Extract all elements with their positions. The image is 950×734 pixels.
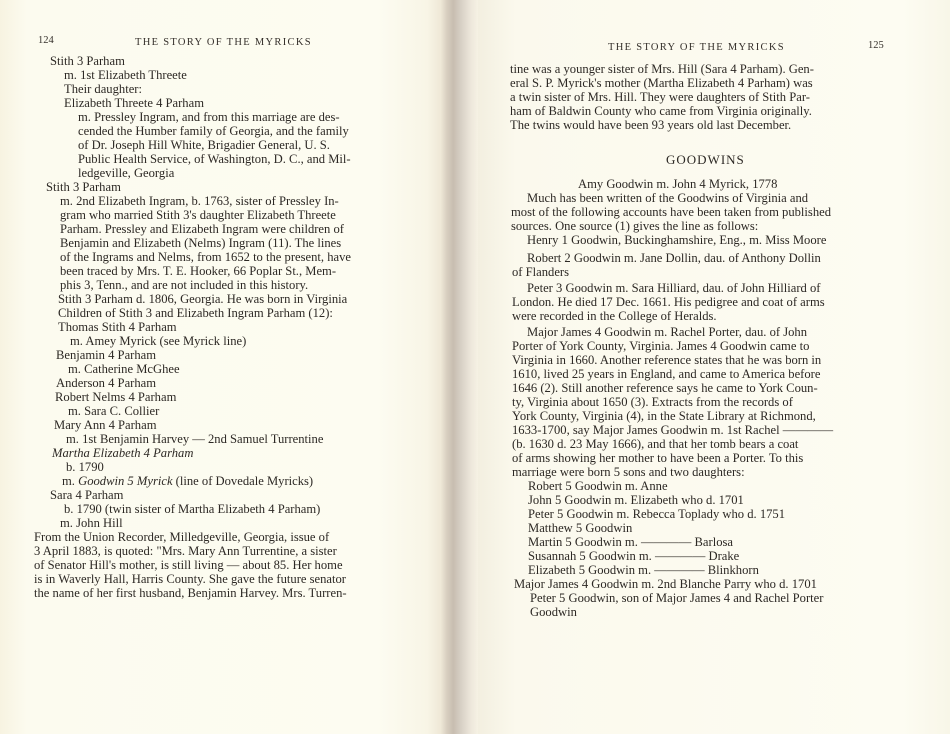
text-line: Martha Elizabeth 4 Parham: [52, 446, 193, 460]
text-line-content: Virginia in 1660. Another reference stat…: [512, 353, 821, 367]
text-line: Benjamin and Elizabeth (Nelms) Ingram (1…: [60, 236, 341, 250]
text-line-content: Porter of York County, Virginia. James 4…: [512, 339, 809, 353]
text-line: Much has been written of the Goodwins of…: [527, 191, 808, 205]
text-line: York County, Virginia (4), in the State …: [512, 409, 816, 423]
text-line-content: of arms showing her mother to have been …: [512, 451, 803, 465]
text-line-content: Elizabeth 5 Goodwin m. ———— Blinkhorn: [528, 563, 759, 577]
text-line: m. Goodwin 5 Myrick (line of Dovedale My…: [62, 474, 313, 488]
text-line: m. Catherine McGhee: [68, 362, 180, 376]
text-line-content: m. Catherine McGhee: [68, 362, 180, 376]
text-line: Parham. Pressley and Elizabeth Ingram we…: [60, 222, 344, 236]
text-line: of Dr. Joseph Hill White, Brigadier Gene…: [78, 138, 330, 152]
text-line: Peter 5 Goodwin m. Rebecca Toplady who d…: [528, 507, 785, 521]
text-line-content: Robert 2 Goodwin m. Jane Dollin, dau. of…: [527, 251, 821, 265]
text-line: Peter 3 Goodwin m. Sara Hilliard, dau. o…: [527, 281, 820, 295]
text-line: Goodwin: [530, 605, 577, 619]
text-line-content: Peter 5 Goodwin m. Rebecca Toplady who d…: [528, 507, 785, 521]
text-line: 1646 (2). Still another reference says h…: [512, 381, 818, 395]
italic-name: Goodwin 5 Myrick: [78, 474, 172, 488]
text-line-content: most of the following accounts have been…: [511, 205, 831, 219]
text-line-content: Mary Ann 4 Parham: [54, 418, 156, 432]
text-line-content: of Flanders: [512, 265, 569, 279]
text-line: John 5 Goodwin m. Elizabeth who d. 1701: [528, 493, 744, 507]
text-line: m. Pressley Ingram, and from this marria…: [78, 110, 340, 124]
text-line: Major James 4 Goodwin m. Rachel Porter, …: [527, 325, 807, 339]
text-line: ham of Baldwin County who came from Virg…: [510, 104, 812, 118]
text-line-content: m. John Hill: [60, 516, 123, 530]
text-line: is in Waverly Hall, Harris County. She g…: [34, 572, 346, 586]
text-line: m. 2nd Elizabeth Ingram, b. 1763, sister…: [60, 194, 339, 208]
text-line-content: Public Health Service, of Washington, D.…: [78, 152, 351, 166]
text-line: Porter of York County, Virginia. James 4…: [512, 339, 809, 353]
text-line: Anderson 4 Parham: [56, 376, 156, 390]
text-line: Susannah 5 Goodwin m. ———— Drake: [528, 549, 739, 563]
text-line-content: b. 1790 (twin sister of Martha Elizabeth…: [64, 502, 320, 516]
text-line: Their daughter:: [64, 82, 142, 96]
text-line: Matthew 5 Goodwin: [528, 521, 632, 535]
text-line: Robert 5 Goodwin m. Anne: [528, 479, 668, 493]
text-line-content: Anderson 4 Parham: [56, 376, 156, 390]
text-line: were recorded in the College of Heralds.: [512, 309, 717, 323]
text-line-content: m. Sara C. Collier: [68, 404, 159, 418]
book-spread: 124 THE STORY OF THE MYRICKS Stith 3 Par…: [0, 0, 950, 734]
text-line-content: John 5 Goodwin m. Elizabeth who d. 1701: [528, 493, 744, 507]
text-line-suffix: (line of Dovedale Myricks): [173, 474, 314, 488]
text-line-content: 3 April 1883, is quoted: "Mrs. Mary Ann …: [34, 544, 337, 558]
text-line-content: ledgeville, Georgia: [78, 166, 174, 180]
text-line: m. Sara C. Collier: [68, 404, 159, 418]
text-line: m. 1st Benjamin Harvey — 2nd Samuel Turr…: [66, 432, 323, 446]
text-line: of Senator Hill's mother, is still livin…: [34, 558, 343, 572]
text-line-content: m. 1st Benjamin Harvey — 2nd Samuel Turr…: [66, 432, 323, 446]
text-line: phis 3, Tenn., and are not included in t…: [60, 278, 308, 292]
text-line: 1610, lived 25 years in England, and cam…: [512, 367, 820, 381]
section-title-goodwins: GOODWINS: [666, 152, 745, 168]
text-line-content: Major James 4 Goodwin m. 2nd Blanche Par…: [514, 577, 817, 591]
text-line: been traced by Mrs. T. E. Hooker, 66 Pop…: [60, 264, 336, 278]
text-line-content: Amy Goodwin m. John 4 Myrick, 1778: [578, 177, 777, 191]
text-line: gram who married Stith 3's daughter Eliz…: [60, 208, 336, 222]
text-line-content: Peter 3 Goodwin m. Sara Hilliard, dau. o…: [527, 281, 820, 295]
text-line-content: m. Amey Myrick (see Myrick line): [70, 334, 246, 348]
text-line: From the Union Recorder, Milledgeville, …: [34, 530, 329, 544]
text-line-content: Benjamin and Elizabeth (Nelms) Ingram (1…: [60, 236, 341, 250]
text-line: Amy Goodwin m. John 4 Myrick, 1778: [578, 177, 777, 191]
page-number-left: 124: [38, 35, 54, 46]
text-line: ledgeville, Georgia: [78, 166, 174, 180]
text-line-content: Matthew 5 Goodwin: [528, 521, 632, 535]
text-line-content: ty, Virginia about 1650 (3). Extracts fr…: [512, 395, 793, 409]
text-line-content: of the Ingrams and Nelms, from 1652 to t…: [60, 250, 351, 264]
text-line: most of the following accounts have been…: [511, 205, 831, 219]
text-line-content: Goodwin: [530, 605, 577, 619]
text-line-content: Elizabeth Threete 4 Parham: [64, 96, 204, 110]
text-line-content: From the Union Recorder, Milledgeville, …: [34, 530, 329, 544]
text-line-content: Much has been written of the Goodwins of…: [527, 191, 808, 205]
text-line-content: 1610, lived 25 years in England, and cam…: [512, 367, 820, 381]
text-line-content: m.: [62, 474, 78, 488]
text-line-content: marriage were born 5 sons and two daught…: [512, 465, 745, 479]
text-line: 3 April 1883, is quoted: "Mrs. Mary Ann …: [34, 544, 337, 558]
text-line: Martin 5 Goodwin m. ———— Barlosa: [528, 535, 733, 549]
text-line-content: were recorded in the College of Heralds.: [512, 309, 717, 323]
text-line: m. 1st Elizabeth Threete: [64, 68, 187, 82]
running-head-right: THE STORY OF THE MYRICKS: [608, 42, 785, 53]
text-line: Public Health Service, of Washington, D.…: [78, 152, 351, 166]
text-line-content: Robert 5 Goodwin m. Anne: [528, 479, 668, 493]
text-line: sources. One source (1) gives the line a…: [511, 219, 758, 233]
text-line-content: Sara 4 Parham: [50, 488, 123, 502]
text-line: marriage were born 5 sons and two daught…: [512, 465, 745, 479]
text-line: Elizabeth Threete 4 Parham: [64, 96, 204, 110]
text-line: Henry 1 Goodwin, Buckinghamshire, Eng., …: [527, 233, 826, 247]
text-line-content: 1633-1700, say Major James Goodwin m. 1s…: [512, 423, 833, 437]
page-number-right: 125: [868, 40, 884, 51]
text-line: b. 1790 (twin sister of Martha Elizabeth…: [64, 502, 320, 516]
text-line-content: Stith 3 Parham: [50, 54, 125, 68]
text-line: Virginia in 1660. Another reference stat…: [512, 353, 821, 367]
text-line: of the Ingrams and Nelms, from 1652 to t…: [60, 250, 351, 264]
text-line-content: m. 1st Elizabeth Threete: [64, 68, 187, 82]
text-line: tine was a younger sister of Mrs. Hill (…: [510, 62, 814, 76]
text-line-content: gram who married Stith 3's daughter Eliz…: [60, 208, 336, 222]
text-line-content: Children of Stith 3 and Elizabeth Ingram…: [58, 306, 333, 320]
text-line-content: Stith 3 Parham: [46, 180, 121, 194]
text-line-content: Martin 5 Goodwin m. ———— Barlosa: [528, 535, 733, 549]
text-line: Mary Ann 4 Parham: [54, 418, 156, 432]
text-line: m. John Hill: [60, 516, 123, 530]
text-line-content: sources. One source (1) gives the line a…: [511, 219, 758, 233]
text-line-content: Susannah 5 Goodwin m. ———— Drake: [528, 549, 739, 563]
text-line: ty, Virginia about 1650 (3). Extracts fr…: [512, 395, 793, 409]
text-line: the name of her first husband, Benjamin …: [34, 586, 347, 600]
text-line: of arms showing her mother to have been …: [512, 451, 803, 465]
text-line-content: of Dr. Joseph Hill White, Brigadier Gene…: [78, 138, 330, 152]
text-line: cended the Humber family of Georgia, and…: [78, 124, 349, 138]
left-page: 124 THE STORY OF THE MYRICKS Stith 3 Par…: [0, 0, 445, 734]
text-line-content: phis 3, Tenn., and are not included in t…: [60, 278, 308, 292]
text-line-content: of Senator Hill's mother, is still livin…: [34, 558, 343, 572]
book-gutter: [440, 0, 478, 734]
right-page: THE STORY OF THE MYRICKS 125 GOODWINS ti…: [478, 0, 950, 734]
text-line: Stith 3 Parham: [46, 180, 121, 194]
text-line: Peter 5 Goodwin, son of Major James 4 an…: [530, 591, 823, 605]
text-line-content: cended the Humber family of Georgia, and…: [78, 124, 349, 138]
text-line: a twin sister of Mrs. Hill. They were da…: [510, 90, 810, 104]
text-line-content: is in Waverly Hall, Harris County. She g…: [34, 572, 346, 586]
text-line: Elizabeth 5 Goodwin m. ———— Blinkhorn: [528, 563, 759, 577]
text-line: Thomas Stith 4 Parham: [58, 320, 177, 334]
text-line-content: Martha Elizabeth 4 Parham: [52, 446, 193, 460]
text-line-content: Robert Nelms 4 Parham: [55, 390, 176, 404]
text-line-content: the name of her first husband, Benjamin …: [34, 586, 347, 600]
text-line-content: The twins would have been 93 years old l…: [510, 118, 791, 132]
text-line: (b. 1630 d. 23 May 1666), and that her t…: [512, 437, 798, 451]
text-line-content: ham of Baldwin County who came from Virg…: [510, 104, 812, 118]
text-line-content: 1646 (2). Still another reference says h…: [512, 381, 818, 395]
text-line: Stith 3 Parham d. 1806, Georgia. He was …: [58, 292, 347, 306]
text-line: b. 1790: [66, 460, 104, 474]
text-line-content: Parham. Pressley and Elizabeth Ingram we…: [60, 222, 344, 236]
text-line-content: Henry 1 Goodwin, Buckinghamshire, Eng., …: [527, 233, 826, 247]
text-line: The twins would have been 93 years old l…: [510, 118, 791, 132]
text-line-content: b. 1790: [66, 460, 104, 474]
text-line: Stith 3 Parham: [50, 54, 125, 68]
text-line-content: m. Pressley Ingram, and from this marria…: [78, 110, 340, 124]
text-line: London. He died 17 Dec. 1661. His pedigr…: [512, 295, 825, 309]
running-head-left: THE STORY OF THE MYRICKS: [135, 37, 312, 48]
text-line: 1633-1700, say Major James Goodwin m. 1s…: [512, 423, 833, 437]
text-line: Major James 4 Goodwin m. 2nd Blanche Par…: [514, 577, 817, 591]
text-line-content: tine was a younger sister of Mrs. Hill (…: [510, 62, 814, 76]
text-line: m. Amey Myrick (see Myrick line): [70, 334, 246, 348]
text-line: of Flanders: [512, 265, 569, 279]
text-line-content: London. He died 17 Dec. 1661. His pedigr…: [512, 295, 825, 309]
text-line: eral S. P. Myrick's mother (Martha Eliza…: [510, 76, 813, 90]
text-line-content: Major James 4 Goodwin m. Rachel Porter, …: [527, 325, 807, 339]
text-line-content: Thomas Stith 4 Parham: [58, 320, 177, 334]
text-line-content: Peter 5 Goodwin, son of Major James 4 an…: [530, 591, 823, 605]
text-line-content: a twin sister of Mrs. Hill. They were da…: [510, 90, 810, 104]
text-line-content: Benjamin 4 Parham: [56, 348, 156, 362]
text-line: Robert Nelms 4 Parham: [55, 390, 176, 404]
text-line: Benjamin 4 Parham: [56, 348, 156, 362]
text-line-content: (b. 1630 d. 23 May 1666), and that her t…: [512, 437, 798, 451]
text-line-content: been traced by Mrs. T. E. Hooker, 66 Pop…: [60, 264, 336, 278]
text-line-content: Stith 3 Parham d. 1806, Georgia. He was …: [58, 292, 347, 306]
text-line: Robert 2 Goodwin m. Jane Dollin, dau. of…: [527, 251, 821, 265]
text-line: Sara 4 Parham: [50, 488, 123, 502]
text-line-content: m. 2nd Elizabeth Ingram, b. 1763, sister…: [60, 194, 339, 208]
text-line: Children of Stith 3 and Elizabeth Ingram…: [58, 306, 333, 320]
text-line-content: Their daughter:: [64, 82, 142, 96]
text-line-content: York County, Virginia (4), in the State …: [512, 409, 816, 423]
text-line-content: eral S. P. Myrick's mother (Martha Eliza…: [510, 76, 813, 90]
